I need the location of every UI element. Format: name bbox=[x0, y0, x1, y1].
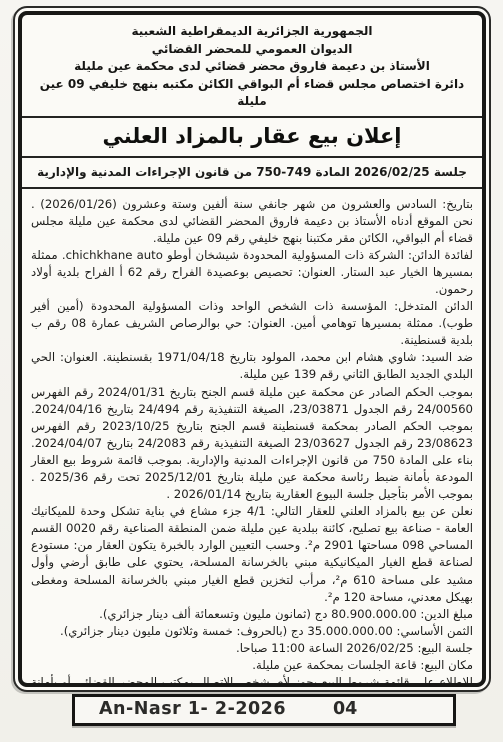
divider-below-title bbox=[22, 156, 482, 158]
notice-title: إعلان بيع عقار بالمزاد العلني bbox=[31, 122, 473, 151]
notice-inner-frame: الجمهورية الجزائرية الديمقراطية الشعبية … bbox=[18, 11, 486, 687]
body-paragraph: مبلغ الدين: 80.900.000.00 دج (ثمانون ملي… bbox=[31, 606, 473, 623]
body-paragraph: بتاريخ: السادس والعشرون من شهر جانفي سنة… bbox=[31, 196, 473, 247]
body-paragraph: ضد السيد: شاوي هشام ابن محمد، المولود بت… bbox=[31, 349, 473, 383]
scanned-newspaper-page: الجمهورية الجزائرية الديمقراطية الشعبية … bbox=[0, 0, 503, 742]
newspaper-footer-bar: An-Nasr 1- 2-2026 04 bbox=[72, 694, 456, 726]
body-paragraph: الدائن المتدخل: المؤسسة ذات الشخص الواحد… bbox=[31, 298, 473, 349]
divider-above-title bbox=[22, 116, 482, 118]
body-paragraph: مكان البيع: قاعة الجلسات بمحكمة عين مليل… bbox=[31, 657, 473, 674]
body-paragraph: لفائدة الدائن: الشركة ذات المسؤولية المح… bbox=[31, 247, 473, 298]
publication-name-date: An-Nasr 1- 2-2026 bbox=[99, 699, 286, 719]
header-office-line: الديوان العمومي للمحضر القضائي bbox=[31, 41, 473, 59]
body-paragraph: بموجب الحكم الصادر عن محكمة عين مليلة قس… bbox=[31, 384, 473, 504]
session-date-line: جلسة 2026/02/25 المادة 749-750 من قانون … bbox=[31, 162, 473, 182]
notice-body: بتاريخ: السادس والعشرون من شهر جانفي سنة… bbox=[31, 193, 473, 688]
body-paragraph: جلسة البيع: 2026/02/25 الساعة 11:00 صباح… bbox=[31, 640, 473, 657]
header-block: الجمهورية الجزائرية الديمقراطية الشعبية … bbox=[31, 23, 473, 111]
page-number: 04 bbox=[333, 699, 357, 719]
body-paragraph: الثمن الأساسي: 35.000.000.00 دج (بالحروف… bbox=[31, 623, 473, 640]
divider-below-session bbox=[22, 187, 482, 189]
body-paragraph: للإطلاع على قائمة شروط البيع يجوز لأي شخ… bbox=[31, 674, 473, 687]
header-jurisdiction-line: دائرة اختصاص مجلس قضاء أم البواقي الكائن… bbox=[31, 76, 473, 111]
body-paragraph: نعلن عن بيع بالمزاد العلني للعقار التالي… bbox=[31, 503, 473, 606]
header-republic-line: الجمهورية الجزائرية الديمقراطية الشعبية bbox=[31, 23, 473, 41]
notice-outer-frame: الجمهورية الجزائرية الديمقراطية الشعبية … bbox=[13, 6, 491, 692]
header-bailiff-line: الأستاذ بن دعيمة فاروق محضر قضائي لدى مح… bbox=[31, 58, 473, 76]
